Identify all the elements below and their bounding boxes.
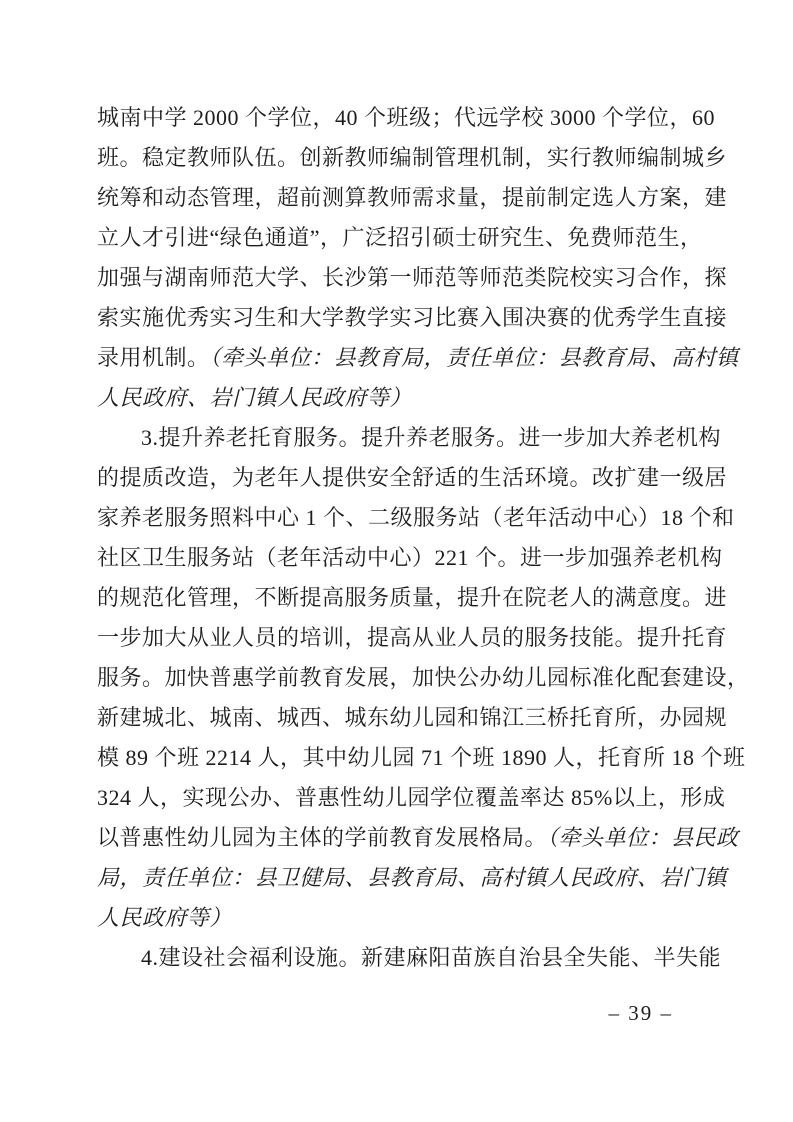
text-line: 模 89 个班 2214 人，其中幼儿园 71 个班 1890 人，托育所 18… [97, 738, 700, 778]
text-line: 统筹和动态管理，超前测算教师需求量，提前制定选人方案，建 [97, 178, 700, 218]
text-segment: 统筹和动态管理，超前测算教师需求量，提前制定选人方案，建 [97, 185, 727, 210]
text-line: 局，责任单位：县卫健局、县教育局、高村镇人民政府、岩门镇 [97, 858, 700, 898]
text-line: 以普惠性幼儿园为主体的学前教育发展格局。（牵头单位：县民政 [97, 818, 700, 858]
text-segment: 录用机制。 [97, 345, 210, 370]
text-line: 城南中学 2000 个学位，40 个班级；代远学校 3000 个学位，60 [97, 98, 700, 138]
text-line: 录用机制。（牵头单位：县教育局，责任单位：县教育局、高村镇 [97, 338, 700, 378]
text-block: 城南中学 2000 个学位，40 个班级；代远学校 3000 个学位，60班。稳… [97, 98, 700, 978]
text-segment: 加强与湖南师范大学、长沙第一师范等师范类院校实习合作，探 [97, 265, 727, 290]
text-line: 服务。加快普惠学前教育发展，加快公办幼儿园标准化配套建设， [97, 658, 700, 698]
kaiti-text-segment: （牵头单位：县民政 [547, 825, 739, 850]
text-segment: 4.建设社会福利设施。新建麻阳苗族自治县全失能、半失能 [141, 945, 721, 970]
paragraph: 4.建设社会福利设施。新建麻阳苗族自治县全失能、半失能 [97, 938, 700, 978]
text-line: 班。稳定教师队伍。创新教师编制管理机制，实行教师编制城乡 [97, 138, 700, 178]
text-segment: 服务。加快普惠学前教育发展，加快公办幼儿园标准化配套建设， [97, 665, 750, 690]
text-line: 索实施优秀实习生和大学教学实习比赛入围决赛的优秀学生直接 [97, 298, 700, 338]
text-segment: 模 89 个班 2214 人，其中幼儿园 71 个班 1890 人，托育所 18… [97, 745, 746, 770]
page-number: – 39 – [609, 1001, 674, 1025]
text-line: 加强与湖南师范大学、长沙第一师范等师范类院校实习合作，探 [97, 258, 700, 298]
text-segment: 一步加大从业人员的培训，提高从业人员的服务技能。提升托育 [97, 625, 727, 650]
text-segment: 的提质改造，为老年人提供安全舒适的生活环境。改扩建一级居 [97, 465, 727, 490]
kaiti-text-segment: 人民政府、岩门镇人民政府等） [97, 385, 412, 410]
text-line: 社区卫生服务站（老年活动中心）221 个。进一步加强养老机构 [97, 538, 700, 578]
text-segment: 家养老服务照料中心 1 个、二级服务站（老年活动中心）18 个和 [97, 505, 735, 530]
text-segment: 以普惠性幼儿园为主体的学前教育发展格局。 [97, 825, 547, 850]
kaiti-text-segment: （牵头单位：县教育局，责任单位：县教育局、高村镇 [210, 345, 739, 370]
kaiti-text-segment: 人民政府等） [97, 905, 232, 930]
text-line: 3.提升养老托育服务。提升养老服务。进一步加大养老机构 [97, 418, 700, 458]
text-segment: 社区卫生服务站（老年活动中心）221 个。进一步加强养老机构 [97, 545, 723, 570]
text-segment: 索实施优秀实习生和大学教学实习比赛入围决赛的优秀学生直接 [97, 305, 727, 330]
text-line: 新建城北、城南、城西、城东幼儿园和锦江三桥托育所，办园规 [97, 698, 700, 738]
text-segment: 新建城北、城南、城西、城东幼儿园和锦江三桥托育所，办园规 [97, 705, 727, 730]
text-segment: 城南中学 2000 个学位，40 个班级；代远学校 3000 个学位，60 [97, 105, 715, 130]
text-line: 立人才引进“绿色通道”，广泛招引硕士研究生、免费师范生， [97, 218, 700, 258]
text-line: 的提质改造，为老年人提供安全舒适的生活环境。改扩建一级居 [97, 458, 700, 498]
text-line: 家养老服务照料中心 1 个、二级服务站（老年活动中心）18 个和 [97, 498, 700, 538]
kaiti-text-segment: 局，责任单位：县卫健局、县教育局、高村镇人民政府、岩门镇 [97, 865, 727, 890]
paragraph: 3.提升养老托育服务。提升养老服务。进一步加大养老机构的提质改造，为老年人提供安… [97, 418, 700, 938]
text-segment: 班。稳定教师队伍。创新教师编制管理机制，实行教师编制城乡 [97, 145, 727, 170]
text-segment: 324 人，实现公办、普惠性幼儿园学位覆盖率达 85%以上，形成 [97, 785, 725, 810]
text-line: 的规范化管理，不断提高服务质量，提升在院老人的满意度。进 [97, 578, 700, 618]
text-segment: 的规范化管理，不断提高服务质量，提升在院老人的满意度。进 [97, 585, 727, 610]
text-line: 4.建设社会福利设施。新建麻阳苗族自治县全失能、半失能 [97, 938, 700, 978]
text-line: 人民政府等） [97, 898, 700, 938]
paragraph: 城南中学 2000 个学位，40 个班级；代远学校 3000 个学位，60班。稳… [97, 98, 700, 418]
document-page: 城南中学 2000 个学位，40 个班级；代远学校 3000 个学位，60班。稳… [0, 0, 793, 1122]
text-line: 人民政府、岩门镇人民政府等） [97, 378, 700, 418]
text-segment: 3.提升养老托育服务。提升养老服务。进一步加大养老机构 [141, 425, 721, 450]
text-line: 一步加大从业人员的培训，提高从业人员的服务技能。提升托育 [97, 618, 700, 658]
text-segment: 立人才引进“绿色通道”，广泛招引硕士研究生、免费师范生， [97, 225, 703, 250]
text-line: 324 人，实现公办、普惠性幼儿园学位覆盖率达 85%以上，形成 [97, 778, 700, 818]
